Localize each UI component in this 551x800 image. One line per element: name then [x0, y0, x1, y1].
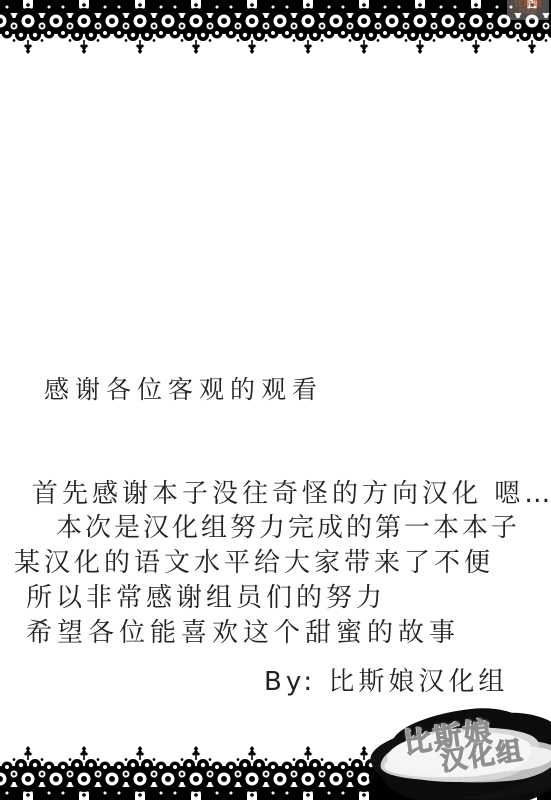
corner-watermark-stamp: 比斯娘 汉化组	[507, 0, 549, 20]
corner-watermark-line2: 汉化组	[507, 9, 549, 15]
afterword-line: 所以非常感谢组员们的努力	[26, 584, 386, 613]
afterword-line: 本次是汉化组努力完成的第一本本子	[56, 514, 520, 543]
afterword-line: 希望各位能喜欢这个甜蜜的故事	[26, 619, 460, 648]
afterword-line: 某汉化的语文水平给大家带来了不便	[14, 549, 494, 578]
byline-credit: By: 比斯娘汉化组	[264, 668, 508, 697]
lace-border-top-icon	[0, 0, 551, 54]
afterword-intro-line: 感谢各位客观的观看	[44, 376, 323, 404]
doujin-afterword-page: 感谢各位客观的观看 首先感谢本子没往奇怪的方向汉化 嗯… 本次是汉化组努力完成的…	[0, 0, 551, 800]
afterword-line: 首先感谢本子没往奇怪的方向汉化 嗯…	[32, 480, 551, 509]
translation-group-logo: 比斯娘 汉化组	[381, 712, 551, 800]
